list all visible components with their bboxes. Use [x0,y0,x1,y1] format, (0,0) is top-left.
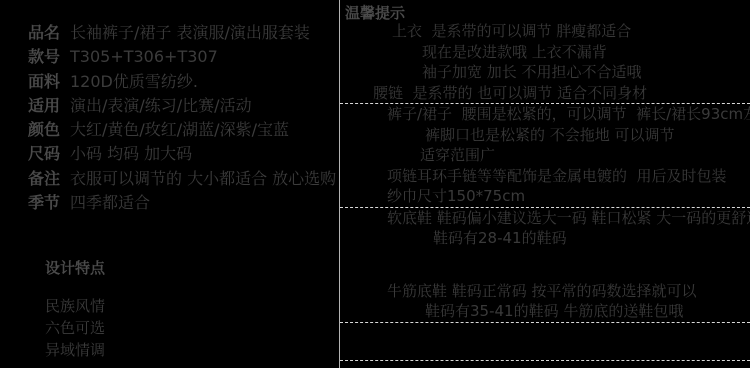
tips-panel: 温馨提示 上衣 是系带的可以调节 胖瘦都适合现在是改进款哦 上衣不漏背袖子加宽 … [340,0,750,368]
tip-line: 现在是改进款哦 上衣不漏背 [340,42,750,63]
tip-line: 适穿范围广 [340,145,750,166]
tip-line: 裤子/裙子 腰围是松紧的，可以调节 裤长/裙长93cm左右 [340,104,750,125]
spec-value: 长袖裤子/裙子 表演服/演出服套装 [70,21,310,45]
spec-label: 款号 [28,45,70,69]
design-feature-item: 异域情调 [45,339,339,361]
spec-label: 面料 [28,70,70,94]
tip-line: 牛筋底鞋 鞋码正常码 按平常的码数选择就可以 [340,281,750,302]
spec-value: T305+T306+T307 [70,45,218,69]
spec-row: 适用演出/表演/练习/比赛/活动 [0,94,339,118]
design-features-list: 民族风情六色可选异域情调 [45,295,339,361]
tip-line [340,265,750,281]
tip-line: 项链耳环手链等等配饰是金属电镀的 用后及时包装 [340,166,750,187]
tip-section [340,323,750,360]
spec-row: 备注衣服可以调节的 大小都适合 放心选购 [0,167,339,191]
design-features-title: 设计特点 [45,260,339,276]
spec-label: 颜色 [28,118,70,142]
tip-line: 纱巾尺寸150*75cm [340,186,750,207]
tips-title: 温馨提示 [340,0,750,21]
spec-row: 尺码小码 均码 加大码 [0,142,339,166]
spec-label: 备注 [28,167,70,191]
tip-section: 软底鞋 鞋码偏小建议选大一码 鞋口松紧 大一码的更舒适鞋码有28-41的鞋码牛筋… [340,208,750,322]
spec-value: 四季都适合 [70,191,150,215]
spec-row: 款号T305+T306+T307 [0,45,339,69]
spec-row: 季节四季都适合 [0,191,339,215]
spec-row: 颜色大红/黄色/玫红/湖蓝/深紫/宝蓝 [0,118,339,142]
tip-line: 软底鞋 鞋码偏小建议选大一码 鞋口松紧 大一码的更舒适 [340,208,750,229]
spec-row: 面料120D优质雪纺纱. [0,70,339,94]
spec-value: 衣服可以调节的 大小都适合 放心选购 [70,167,336,191]
spec-label: 品名 [28,21,70,45]
spec-label: 季节 [28,191,70,215]
tip-line: 裤脚口也是松紧的 不会拖地 可以调节 [340,125,750,146]
tips-sections: 上衣 是系带的可以调节 胖瘦都适合现在是改进款哦 上衣不漏背袖子加宽 加长 不用… [340,21,750,361]
tip-line: 上衣 是系带的可以调节 胖瘦都适合 [340,21,750,42]
dashed-separator [340,360,750,361]
spec-value: 120D优质雪纺纱. [70,70,198,94]
design-feature-item: 民族风情 [45,295,339,317]
spec-value: 演出/表演/练习/比赛/活动 [70,94,252,118]
tip-section: 裤子/裙子 腰围是松紧的，可以调节 裤长/裙长93cm左右裤脚口也是松紧的 不会… [340,104,750,207]
spec-row: 品名长袖裤子/裙子 表演服/演出服套装 [0,21,339,45]
tip-line: 鞋码有35-41的鞋码 牛筋底的送鞋包哦 [340,301,750,322]
spec-label: 尺码 [28,142,70,166]
spec-value: 小码 均码 加大码 [70,142,192,166]
tip-line [340,249,750,265]
design-feature-item: 六色可选 [45,317,339,339]
design-features-section: 设计特点 民族风情六色可选异域情调 [45,260,339,361]
spec-label: 适用 [28,94,70,118]
spec-value: 大红/黄色/玫红/湖蓝/深紫/宝蓝 [70,118,289,142]
tip-line: 袖子加宽 加长 不用担心不合适哦 [340,62,750,83]
product-spec-panel: 品名长袖裤子/裙子 表演服/演出服套装款号T305+T306+T307面料120… [0,0,339,368]
tip-line: 腰链 是系带的 也可以调节 适合不同身材 [340,83,750,104]
tip-line: 鞋码有28-41的鞋码 [340,228,750,249]
tip-section: 上衣 是系带的可以调节 胖瘦都适合现在是改进款哦 上衣不漏背袖子加宽 加长 不用… [340,21,750,103]
product-spec-table: 品名长袖裤子/裙子 表演服/演出服套装款号T305+T306+T307面料120… [0,0,339,215]
product-description-page: 品名长袖裤子/裙子 表演服/演出服套装款号T305+T306+T307面料120… [0,0,750,368]
